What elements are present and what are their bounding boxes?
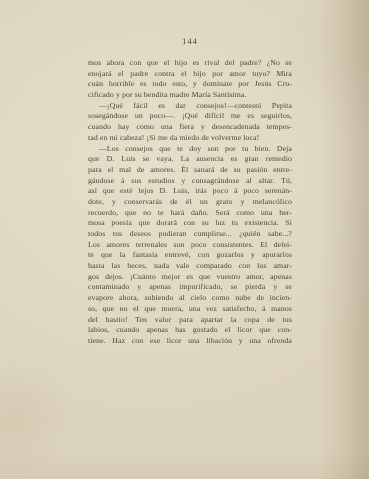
text-line: cificado y por su bendita madre María Sa…: [88, 90, 292, 101]
text-line: tiene. Haz con ese licor una libación y …: [88, 336, 292, 347]
text-line: te que la fantasía entrevé, con gozarlos…: [88, 250, 292, 261]
text-line: contaminado y apenas impurificado, se pi…: [88, 282, 292, 293]
text-line: todos tus deseos pudieran cumplirse... ¿…: [88, 229, 292, 240]
text-line: recuerdo, que no te hará daño. Será como…: [88, 208, 292, 219]
text-line: para el mal de amores. Él sanará de su p…: [88, 165, 292, 176]
text-line: —Los consejos que te doy son por tu bien…: [88, 144, 292, 155]
text-line: sosegándose un poco—. ¡Qué difícil me es…: [88, 111, 292, 122]
text-line: —¡Qué fácil es dar consejos!—contestó Pe…: [88, 101, 292, 112]
book-page: 144 mos ahora con que el hijo es rival d…: [0, 0, 369, 479]
text-line: tad en mi cabeza! ¡Si me da miedo de vol…: [88, 133, 292, 144]
text-line: dote, y conservarás de él un grato y mel…: [88, 197, 292, 208]
text-line: que D. Luis se vaya. La ausencia es gran…: [88, 154, 292, 165]
text-line: hasta las heces, nada vale comparado con…: [88, 261, 292, 272]
body-text: mos ahora con que el hijo es rival del p…: [88, 58, 292, 347]
text-line: so, que no el que muera, una vez satisfe…: [88, 304, 292, 315]
text-line: así que esté lejos D. Luis, irás poco á …: [88, 186, 292, 197]
text-line: mosa poesía que dorará con su luz tu exi…: [88, 218, 292, 229]
text-line: mos ahora con que el hijo es rival del p…: [88, 58, 292, 69]
page-number: 144: [88, 36, 292, 46]
text-line: enojará el padre contra el hijo por amor…: [88, 69, 292, 80]
text-line: evapore ahora, subiendo al cielo como nu…: [88, 293, 292, 304]
text-line: labios, cuando apenas has gustado el lic…: [88, 325, 292, 336]
text-line: cuán horrible es todo esto, y domínate p…: [88, 79, 292, 90]
text-line: gos dejos. ¡Cuánto mejor es que vuestro …: [88, 272, 292, 283]
text-line: del hastío! Ten valor para apartar la co…: [88, 315, 292, 326]
text-line: Los amores terrenales son poco consisten…: [88, 240, 292, 251]
text-line: gándose á sus estudios y consagrándose a…: [88, 176, 292, 187]
text-line: cuando hay como una fiera y desencadenad…: [88, 122, 292, 133]
